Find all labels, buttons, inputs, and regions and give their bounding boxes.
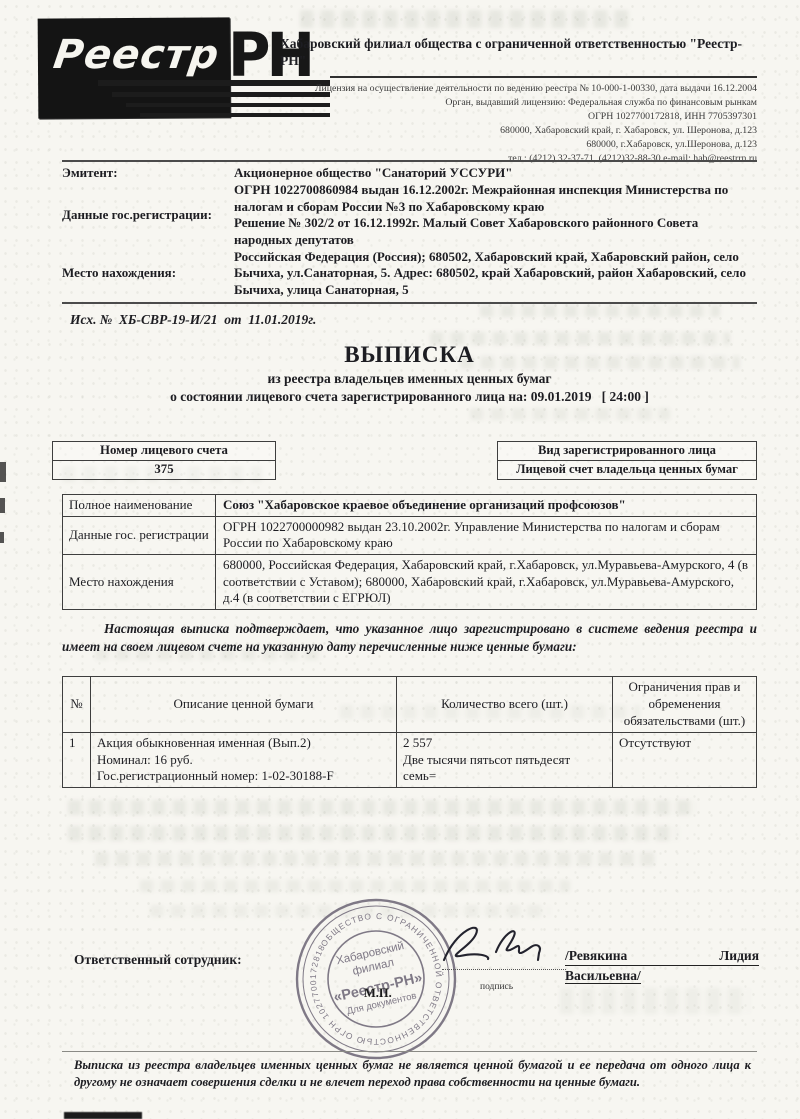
table-row: Данные гос. регистрации ОГРН 10227000009… [63, 516, 756, 554]
license-line: Лицензия на осуществление деятельности п… [247, 82, 757, 96]
issuer-label: Эмитент: [62, 165, 234, 181]
document-title-block: ВЫПИСКА из реестра владельцев именных це… [62, 340, 757, 406]
svg-text:ОБЩЕСТВО С ОГРАНИЧЕННОЙ ОТВЕТС: ОБЩЕСТВО С ОГРАНИЧЕННОЙ ОТВЕТСТВЕННОСТЬЮ… [290, 893, 462, 1065]
document-subtitle-1: из реестра владельцев именных ценных бум… [62, 370, 757, 388]
table-row: 1 Акция обыкновенная именная (Вып.2) Ном… [63, 732, 757, 788]
signature-dotted-line [442, 969, 566, 970]
col-header-number: № [63, 677, 91, 733]
issuer-registration-label: Данные гос.регистрации: [62, 182, 234, 248]
scan-edge-mark [0, 498, 5, 513]
security-description: Акция обыкновенная именная (Вып.2) Номин… [91, 732, 397, 788]
account-summary-row: Номер лицевого счета 375 Вид зарегистрир… [62, 441, 757, 487]
stamp-place-mark: М.П. [364, 986, 392, 1001]
license-line: 680000, Хабаровский край, г. Хабаровск, … [247, 124, 757, 138]
holder-registration-label: Данные гос. регистрации [63, 517, 215, 554]
scan-edge-mark [0, 532, 4, 543]
security-quantity: 2 557 Две тысячи пятьсот пятьдесят семь= [397, 732, 613, 788]
registrar-branch-title: Хабаровский филиал общества с ограниченн… [280, 36, 762, 70]
table-row: Место нахождения 680000, Российская Феде… [63, 554, 756, 609]
document-title: ВЫПИСКА [62, 340, 757, 370]
footer-rule [62, 1051, 757, 1052]
holder-name-value: Союз "Хабаровское краевое объединение ор… [215, 495, 756, 516]
footer-disclaimer: Выписка из реестра владельцев именных це… [74, 1057, 751, 1092]
col-header-description: Описание ценной бумаги [91, 677, 397, 733]
name-line-2: Васильевна/ [565, 968, 759, 984]
col-header-quantity: Количество всего (шт.) [397, 677, 613, 733]
holder-table: Полное наименование Союз "Хабаровское кр… [62, 494, 757, 610]
document-header: Хабаровский филиал общества с ограниченн… [62, 0, 757, 158]
issuer-location-value: Российская Федерация (Россия); 680502, Х… [234, 249, 757, 298]
securities-table: № Описание ценной бумаги Количество всег… [62, 676, 757, 788]
issuer-value: Акционерное общество "Санаторий УССУРИ" [234, 165, 757, 181]
issuer-registration-value: ОГРН 1022700860984 выдан 16.12.2002г. Ме… [234, 182, 757, 248]
document-content: Хабаровский филиал общества с ограниченн… [62, 0, 757, 1119]
account-number-box: Номер лицевого счета 375 [52, 441, 276, 480]
license-line: Орган, выдавший лицензию: Федеральная сл… [247, 96, 757, 110]
outgoing-reference-line: Исх. № ХБ-СВР-19-И/21 от 11.01.2019г. [62, 312, 757, 328]
name-line-1: /Ревякина Лидия [565, 948, 759, 966]
round-stamp: ОБЩЕСТВО С ОГРАНИЧЕННОЙ ОТВЕТСТВЕННОСТЬЮ… [290, 893, 462, 1065]
handwritten-signature [438, 916, 566, 974]
stamp-ring-text: ОБЩЕСТВО С ОГРАНИЧЕННОЙ ОТВЕТСТВЕННОСТЬЮ… [290, 893, 462, 1065]
account-number-value: 375 [53, 461, 275, 479]
header-rule [330, 76, 757, 78]
license-line: 680000, г.Хабаровск, ул.Шеронова, д.123 [247, 138, 757, 152]
account-number-label: Номер лицевого счета [53, 442, 275, 461]
holder-location-value: 680000, Российская Федерация, Хабаровски… [215, 555, 756, 609]
name-surname: /Ревякина [565, 948, 627, 964]
name-patronymic: Васильевна/ [565, 968, 641, 984]
issuer-location-label: Место нахождения: [62, 249, 234, 298]
holder-location-label: Место нахождения [63, 555, 215, 609]
document-subtitle-2: о состоянии лицевого счета зарегистриров… [62, 388, 757, 406]
person-type-label: Вид зарегистрированного лица [498, 442, 756, 461]
confirmation-paragraph: Настоящая выписка подтверждает, что указ… [62, 620, 757, 657]
security-restrictions: Отсутствуют [613, 732, 757, 788]
col-header-restrictions: Ограничения прав и обременения обязатель… [613, 677, 757, 733]
registered-person-type-box: Вид зарегистрированного лица Лицевой сче… [497, 441, 757, 480]
responsible-employee-name: /Ревякина Лидия Васильевна/ [565, 948, 759, 984]
person-type-value: Лицевой счет владельца ценных бумаг [498, 461, 756, 479]
table-row: Полное наименование Союз "Хабаровское кр… [63, 495, 756, 516]
registrar-details: Лицензия на осуществление деятельности п… [247, 82, 757, 165]
responsible-employee-label: Ответственный сотрудник: [74, 952, 242, 968]
table-header-row: № Описание ценной бумаги Количество всег… [63, 677, 757, 733]
license-line: ОГРН 1027700172818, ИНН 7705397301 [247, 110, 757, 124]
security-number: 1 [63, 732, 91, 788]
holder-registration-value: ОГРН 1022700000982 выдан 23.10.2002г. Уп… [215, 517, 756, 554]
issuer-block: Эмитент: Акционерное общество "Санаторий… [62, 160, 757, 304]
name-given: Лидия [719, 948, 759, 964]
holder-name-label: Полное наименование [63, 495, 215, 516]
signature-caption: подпись [480, 982, 513, 992]
scan-edge-mark [0, 462, 6, 482]
scanned-document-page: Реестр РН Хабаровский филиал общества с … [0, 0, 800, 1119]
